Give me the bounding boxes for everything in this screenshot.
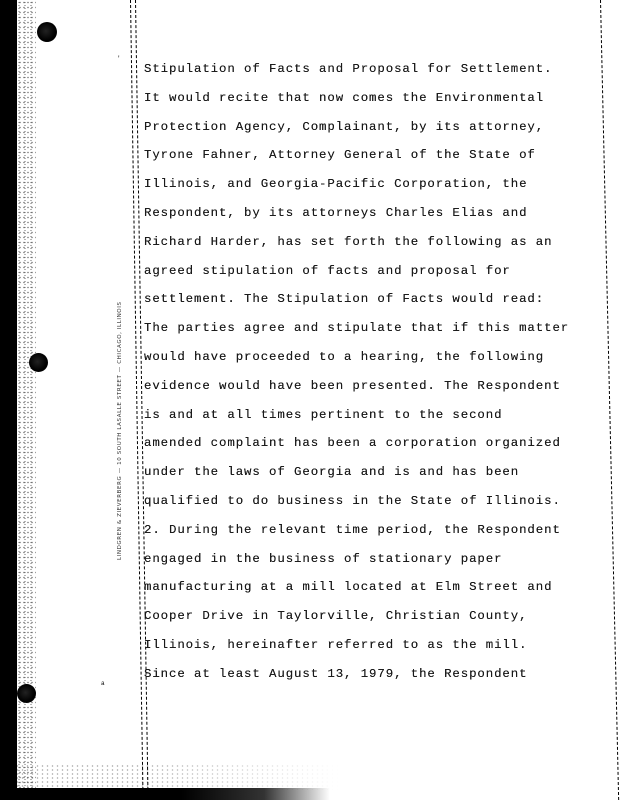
transcript-line: Richard Harder, has set forth the follow… <box>144 228 584 257</box>
transcript-line: is and at all times pertinent to the sec… <box>144 401 584 430</box>
scan-noise-left <box>14 0 36 800</box>
transcript-line: Protection Agency, Complainant, by its a… <box>144 113 584 142</box>
hole-punch-icon <box>37 22 57 42</box>
transcript-body: Stipulation of Facts and Proposal for Se… <box>144 55 584 689</box>
scan-edge-bottom <box>0 788 330 800</box>
margin-mark: a <box>101 680 105 687</box>
hole-punch-icon <box>17 684 36 703</box>
transcript-line: evidence would have been presented. The … <box>144 372 584 401</box>
transcript-line: Stipulation of Facts and Proposal for Se… <box>144 55 584 84</box>
transcript-line: Illinois, and Georgia-Pacific Corporatio… <box>144 170 584 199</box>
transcript-line: It would recite that now comes the Envir… <box>144 84 584 113</box>
transcript-line: settlement. The Stipulation of Facts wou… <box>144 285 584 314</box>
hole-punch-icon <box>29 353 48 372</box>
transcript-line: Since at least August 13, 1979, the Resp… <box>144 660 584 689</box>
transcript-line: 2. During the relevant time period, the … <box>144 516 584 545</box>
transcript-line: under the laws of Georgia and is and has… <box>144 458 584 487</box>
transcript-line: manufacturing at a mill located at Elm S… <box>144 573 584 602</box>
transcript-line: would have proceeded to a hearing, the f… <box>144 343 584 372</box>
transcript-line: qualified to do business in the State of… <box>144 487 584 516</box>
transcript-line: Cooper Drive in Taylorville, Christian C… <box>144 602 584 631</box>
transcript-line: Illinois, hereinafter referred to as the… <box>144 631 584 660</box>
transcript-line: agreed stipulation of facts and proposal… <box>144 257 584 286</box>
transcript-line: amended complaint has been a corporation… <box>144 429 584 458</box>
transcript-line: Tyrone Fahner, Attorney General of the S… <box>144 141 584 170</box>
transcript-line: The parties agree and stipulate that if … <box>144 314 584 343</box>
right-margin-rule <box>600 0 619 800</box>
scan-noise-bottom <box>0 764 340 790</box>
scanned-document-page: ' a LINDGREN & ZIEVERBERG — 10 SOUTH LAS… <box>0 0 623 800</box>
transcript-line: Respondent, by its attorneys Charles Eli… <box>144 199 584 228</box>
margin-mark: ' <box>117 55 121 62</box>
court-reporter-stamp: LINDGREN & ZIEVERBERG — 10 SOUTH LASALLE… <box>117 301 123 560</box>
transcript-line: engaged in the business of stationary pa… <box>144 545 584 574</box>
